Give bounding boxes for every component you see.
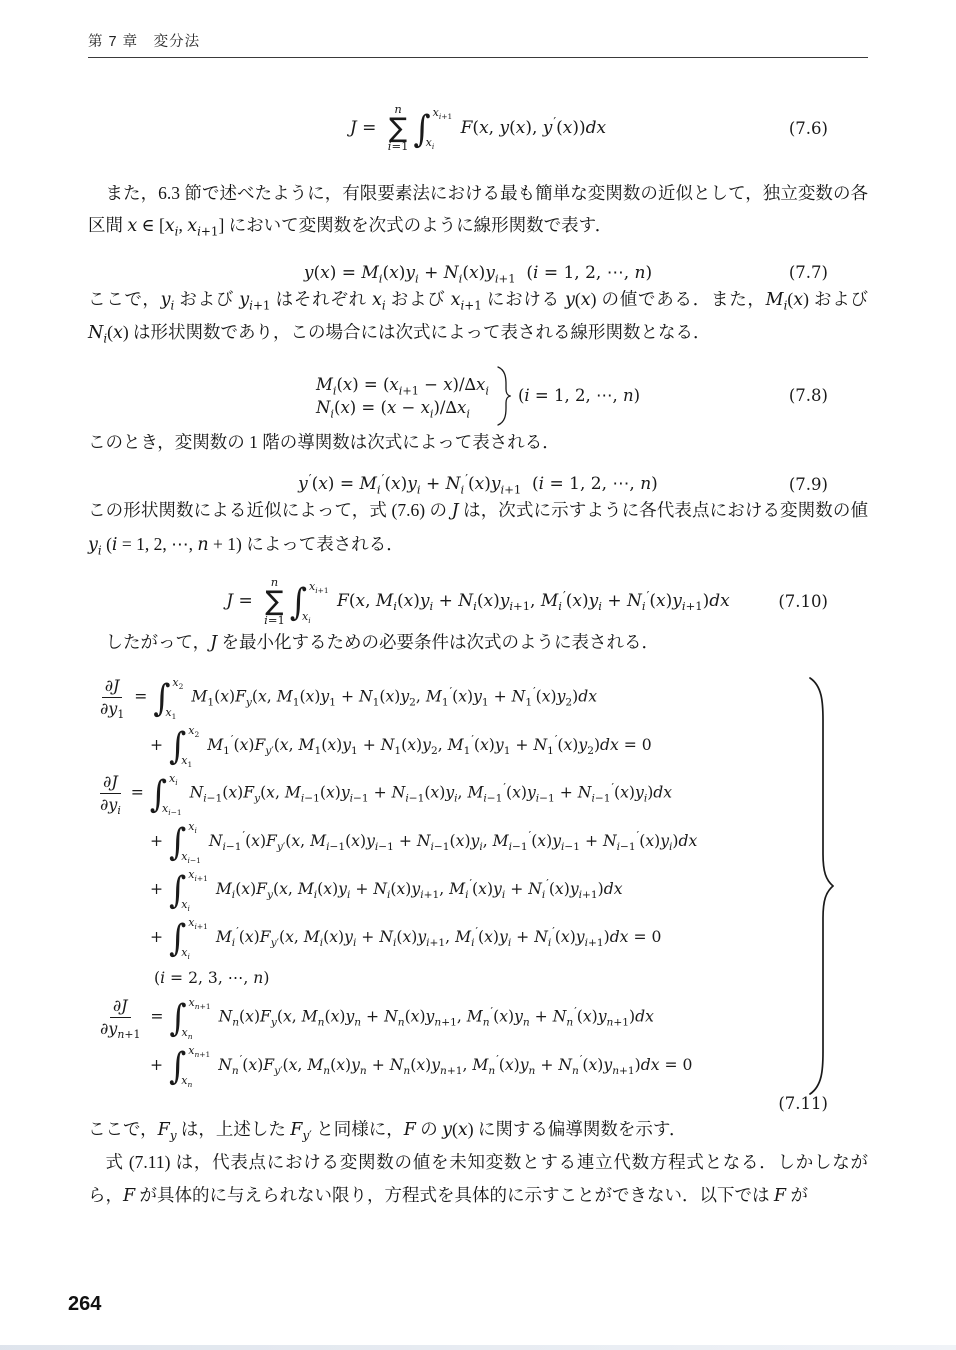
equation-7-10: J = n∑i=1∫xi+1xi F(x, Mi(x)yi + Ni(x)yi+… — [88, 577, 868, 626]
equation-7-11-line6: + ∫xi+1xi Mi′(x)Fy′(x, Mi(x)yi + Ni(x)yi… — [150, 917, 661, 959]
textbook-page: 第 7 章 変分法 J = n∑i=1∫xi+1xi F(x, y(x), y′… — [0, 0, 956, 1350]
running-head: 第 7 章 変分法 — [88, 0, 868, 58]
equation-7-8-lines: Mi(x) = (xi+1 − x)/∆xi Ni(x) = (x − xi)/… — [316, 375, 489, 417]
equation-number-7-8: (7.8) — [789, 386, 828, 405]
equation-7-11-line8: ∂J∂yn+1 = ∫xn+1xn Nn(x)Fy(x, Mn(x)yn + N… — [100, 996, 654, 1039]
equation-7-11-line9: + ∫xn+1xn Nn′(x)Fy′(x, Mn(x)yn + Nn(x)yn… — [150, 1045, 692, 1087]
equation-7-8-line1: Mi(x) = (xi+1 − x)/∆xi — [316, 375, 489, 394]
equation-line: ∂J∂y1 = ∫x2x1 M1(x)Fy(x, M1(x)y1 + N1(x)… — [100, 674, 868, 722]
equation-7-11: ∂J∂y1 = ∫x2x1 M1(x)Fy(x, M1(x)y1 + N1(x)… — [88, 674, 868, 1113]
equation-7-11-line5: + ∫xi+1xi Mi(x)Fy(x, Mi(x)yi + Ni(x)yi+1… — [150, 869, 623, 911]
page-body: J = n∑i=1∫xi+1xi F(x, y(x), y′(x))dx (7.… — [88, 104, 868, 1212]
paragraph-partial-derivative-note: ここで，Fy は，上述した Fy′ と同様に，F の y(x) に関する偏導関数… — [88, 1113, 868, 1147]
paragraph-nodal-values: この形状関数による近似によって，式 (7.6) の J は，次式に示すように各代… — [88, 494, 868, 561]
paragraph-shape-functions: ここで，yi および yi+1 はそれぞれ xi および xi+1 における y… — [88, 283, 868, 350]
paragraph-first-derivative: このとき，変関数の 1 階の導関数は次式によって表される． — [88, 426, 868, 459]
equation-7-9-body: y′(x) = Mi′(x)yi + Ni′(x)yi+1 (i = 1, 2,… — [298, 474, 658, 494]
equation-7-11-lines: ∂J∂y1 = ∫x2x1 M1(x)Fy(x, M1(x)y1 + N1(x)… — [88, 674, 868, 1090]
equation-line: + ∫xi+1xi Mi′(x)Fy′(x, Mi(x)yi + Ni(x)yi… — [100, 914, 868, 962]
equation-line: + ∫xi+1xi Mi(x)Fy(x, Mi(x)yi + Ni(x)yi+1… — [100, 866, 868, 914]
equation-number-7-6: (7.6) — [789, 119, 828, 138]
equation-7-6-body: J = n∑i=1∫xi+1xi F(x, y(x), y′(x))dx — [350, 104, 606, 153]
equation-7-7-body: y(x) = Mi(x)yi + Ni(x)yi+1 (i = 1, 2, ⋯,… — [304, 263, 652, 283]
page-header: 第 7 章 変分法 — [0, 0, 956, 58]
paragraph-minimization: したがって，J を最小化するための必要条件は次式のように表される． — [88, 626, 868, 660]
page-number: 264 — [68, 1293, 101, 1316]
equation-7-10-body: J = n∑i=1∫xi+1xi F(x, Mi(x)yi + Ni(x)yi+… — [226, 577, 729, 626]
equation-7-7: y(x) = Mi(x)yi + Ni(x)yi+1 (i = 1, 2, ⋯,… — [88, 263, 868, 283]
equation-number-7-7: (7.7) — [789, 263, 828, 282]
equation-line: ∂J∂yn+1 = ∫xn+1xn Nn(x)Fy(x, Mn(x)yn + N… — [100, 994, 868, 1042]
equation-7-8-line2: Ni(x) = (x − xi)/∆xi — [316, 398, 489, 417]
equation-7-11-line3: ∂J∂yi = ∫xixi−1 Ni−1(x)Fy(x, Mi−1(x)yi−1… — [100, 772, 672, 815]
scan-edge-artifact — [0, 1345, 956, 1350]
equation-7-8: Mi(x) = (xi+1 − x)/∆xi Ni(x) = (x − xi)/… — [88, 366, 868, 426]
equation-line: + ∫xixi−1 Ni−1′(x)Fy′(x, Mi−1(x)yi−1 + N… — [100, 818, 868, 866]
equation-7-8-group: Mi(x) = (xi+1 − x)/∆xi Ni(x) = (x − xi)/… — [316, 366, 640, 426]
equation-7-11-line2: + ∫x2x1 M1′(x)Fy′(x, M1(x)y1 + N1(x)y2, … — [150, 725, 652, 767]
equation-7-8-condition: (i = 1, 2, ⋯, n) — [518, 386, 640, 405]
equation-line: ∂J∂yi = ∫xixi−1 Ni−1(x)Fy(x, Mi−1(x)yi−1… — [100, 770, 868, 818]
paragraph-simultaneous-equations: 式 (7.11) は，代表点における変関数の値を未知変数とする連立代数方程式とな… — [88, 1146, 868, 1212]
right-brace-icon — [496, 366, 511, 426]
equation-7-6: J = n∑i=1∫xi+1xi F(x, y(x), y′(x))dx (7.… — [88, 104, 868, 153]
equation-line: + ∫x2x1 M1′(x)Fy′(x, M1(x)y1 + N1(x)y2, … — [100, 722, 868, 770]
paragraph-fem-approx: また，6.3 節で述べたように，有限要素法における最も簡単な変関数の近似として，… — [88, 177, 868, 243]
equation-number-7-10: (7.10) — [778, 592, 828, 611]
big-right-brace-icon — [806, 676, 834, 1096]
equation-line: (i = 2, 3, ⋯, n) — [100, 962, 868, 994]
equation-7-11-line4: + ∫xixi−1 Ni−1′(x)Fy′(x, Mi−1(x)yi−1 + N… — [150, 821, 697, 863]
equation-7-9: y′(x) = Mi′(x)yi + Ni′(x)yi+1 (i = 1, 2,… — [88, 474, 868, 494]
equation-number-7-11: (7.11) — [88, 1094, 868, 1113]
equation-number-7-9: (7.9) — [789, 475, 828, 494]
equation-7-11-line1: ∂J∂y1 = ∫x2x1 M1(x)Fy(x, M1(x)y1 + N1(x)… — [100, 676, 597, 719]
equation-line: + ∫xn+1xn Nn′(x)Fy′(x, Mn(x)yn + Nn(x)yn… — [100, 1042, 868, 1090]
equation-7-11-condition: (i = 2, 3, ⋯, n) — [154, 969, 269, 987]
